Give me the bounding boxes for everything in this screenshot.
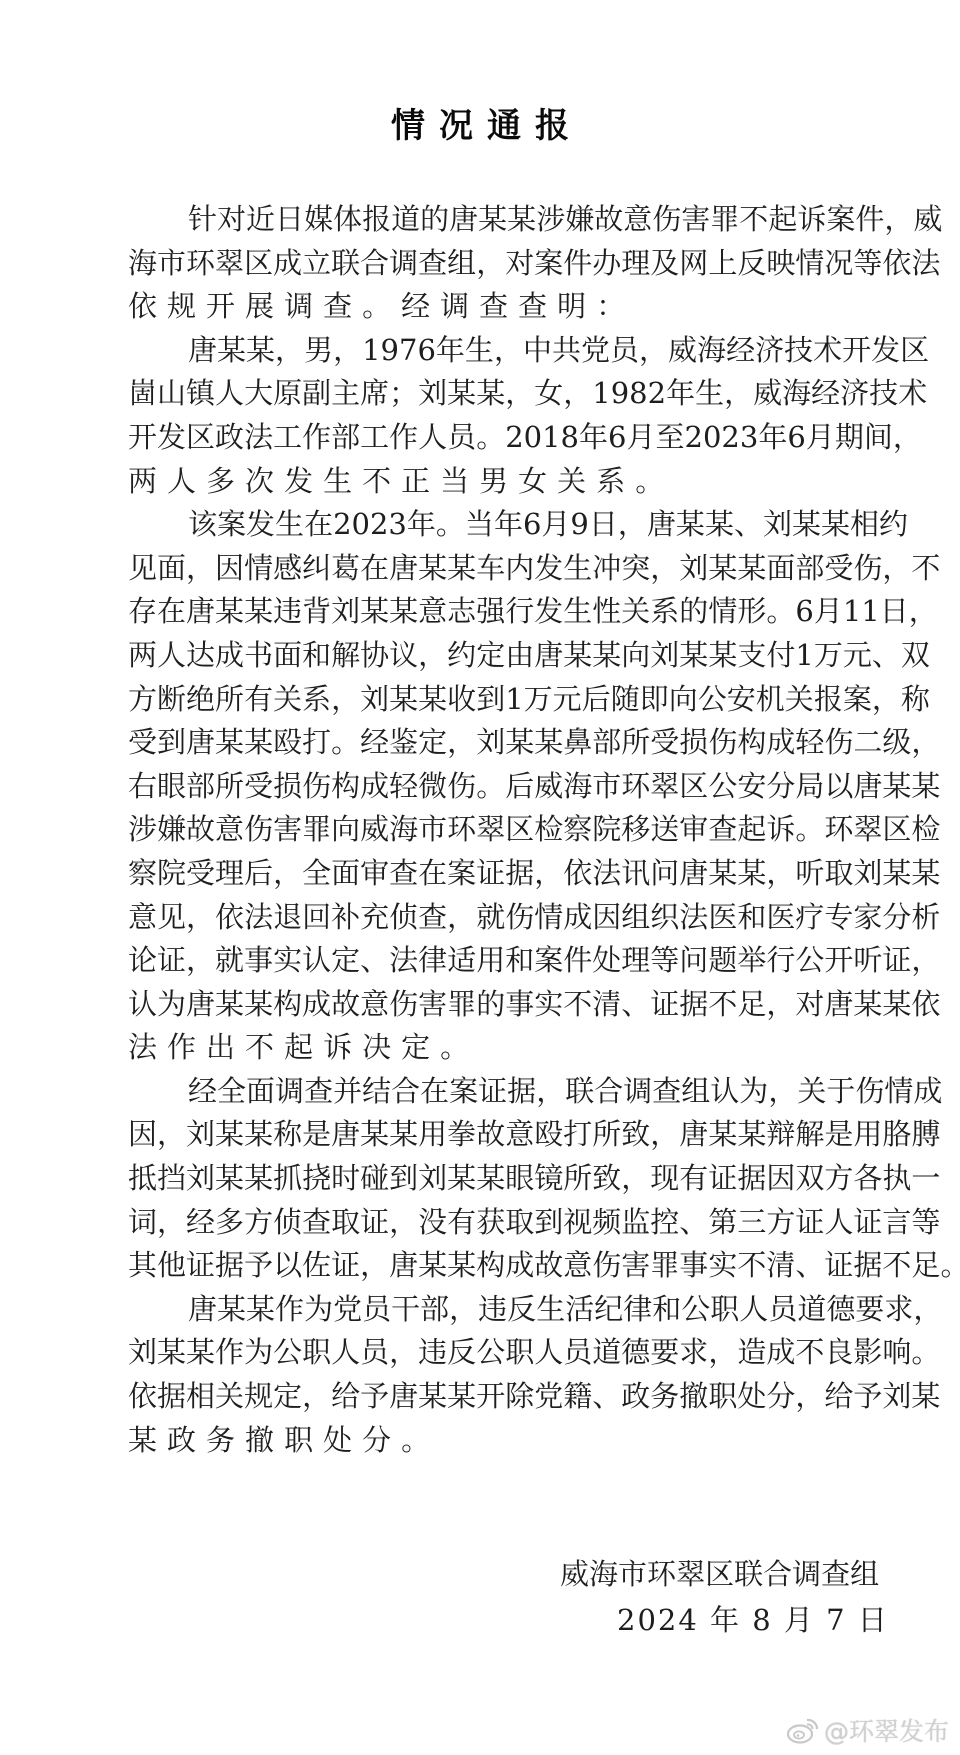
body-line: 唐某某作为党员干部，违反生活纪律和公职人员道德要求， — [128, 1288, 838, 1332]
body-line: 依据相关规定，给予唐某某开除党籍、政务撤职处分，给予刘某 — [128, 1375, 838, 1419]
body-line: 存在唐某某违背刘某某意志强行发生性关系的情形。6月11日， — [128, 590, 838, 634]
body-line: 两人多次发生不正当男女关系。 — [128, 460, 838, 504]
body-line: 刘某某作为公职人员，违反公职人员道德要求，造成不良影响。 — [128, 1331, 838, 1375]
body-line: 该案发生在2023年。当年6月9日，唐某某、刘某某相约 — [128, 503, 838, 547]
issue-date: 2024 年 8 月 7 日 — [617, 1598, 889, 1642]
body-line: 察院受理后，全面审查在案证据，依法讯问唐某某，听取刘某某 — [128, 852, 838, 896]
body-line: 右眼部所受损伤构成轻微伤。后威海市环翠区公安分局以唐某某 — [128, 765, 838, 809]
weibo-watermark: @环翠发布 — [786, 1712, 949, 1748]
body-line: 经全面调查并结合在案证据，联合调查组认为，关于伤情成 — [128, 1070, 838, 1114]
body-line: 抵挡刘某某抓挠时碰到刘某某眼镜所致，现有证据因双方各执一 — [128, 1157, 838, 1201]
body-line: 依规开展调查。经调查查明： — [128, 285, 838, 329]
body-line: 崮山镇人大原副主席；刘某某，女，1982年生，威海经济技术 — [128, 372, 838, 416]
body-line: 见面，因情感纠葛在唐某某车内发生冲突，刘某某面部受伤，不 — [128, 547, 838, 591]
body-line: 开发区政法工作部工作人员。2018年6月至2023年6月期间， — [128, 416, 838, 460]
watermark-text: @环翠发布 — [824, 1712, 949, 1748]
document-title: 情况通报 — [0, 104, 960, 148]
body-line: 受到唐某某殴打。经鉴定，刘某某鼻部所受损伤构成轻伤二级， — [128, 721, 838, 765]
body-line: 论证，就事实认定、法律适用和案件处理等问题举行公开听证， — [128, 939, 838, 983]
body-line: 涉嫌故意伤害罪向威海市环翠区检察院移送审查起诉。环翠区检 — [128, 808, 838, 852]
body-line: 其他证据予以佐证，唐某某构成故意伤害罪事实不清、证据不足。 — [128, 1244, 838, 1288]
body-line: 词，经多方侦查取证，没有获取到视频监控、第三方证人证言等 — [128, 1201, 838, 1245]
body-line: 法作出不起诉决定。 — [128, 1026, 838, 1070]
body-line: 意见，依法退回补充侦查，就伤情成因组织法医和医疗专家分析 — [128, 896, 838, 940]
document-body: 针对近日媒体报道的唐某某涉嫌故意伤害罪不起诉案件，威海市环翠区成立联合调查组，对… — [128, 198, 838, 1462]
body-line: 因，刘某某称是唐某某用拳故意殴打所致，唐某某辩解是用胳膊 — [128, 1113, 838, 1157]
body-line: 方断绝所有关系，刘某某收到1万元后随即向公安机关报案，称 — [128, 678, 838, 722]
body-line: 针对近日媒体报道的唐某某涉嫌故意伤害罪不起诉案件，威 — [128, 198, 838, 242]
body-line: 海市环翠区成立联合调查组，对案件办理及网上反映情况等依法 — [128, 242, 838, 286]
issuer-signature: 威海市环翠区联合调查组 — [560, 1552, 840, 1596]
body-line: 唐某某，男，1976年生，中共党员，威海经济技术开发区 — [128, 329, 838, 373]
weibo-icon — [786, 1715, 820, 1745]
body-line: 认为唐某某构成故意伤害罪的事实不清、证据不足，对唐某某依 — [128, 983, 838, 1027]
body-line: 两人达成书面和解协议，约定由唐某某向刘某某支付1万元、双 — [128, 634, 838, 678]
body-line: 某政务撤职处分。 — [128, 1419, 838, 1463]
